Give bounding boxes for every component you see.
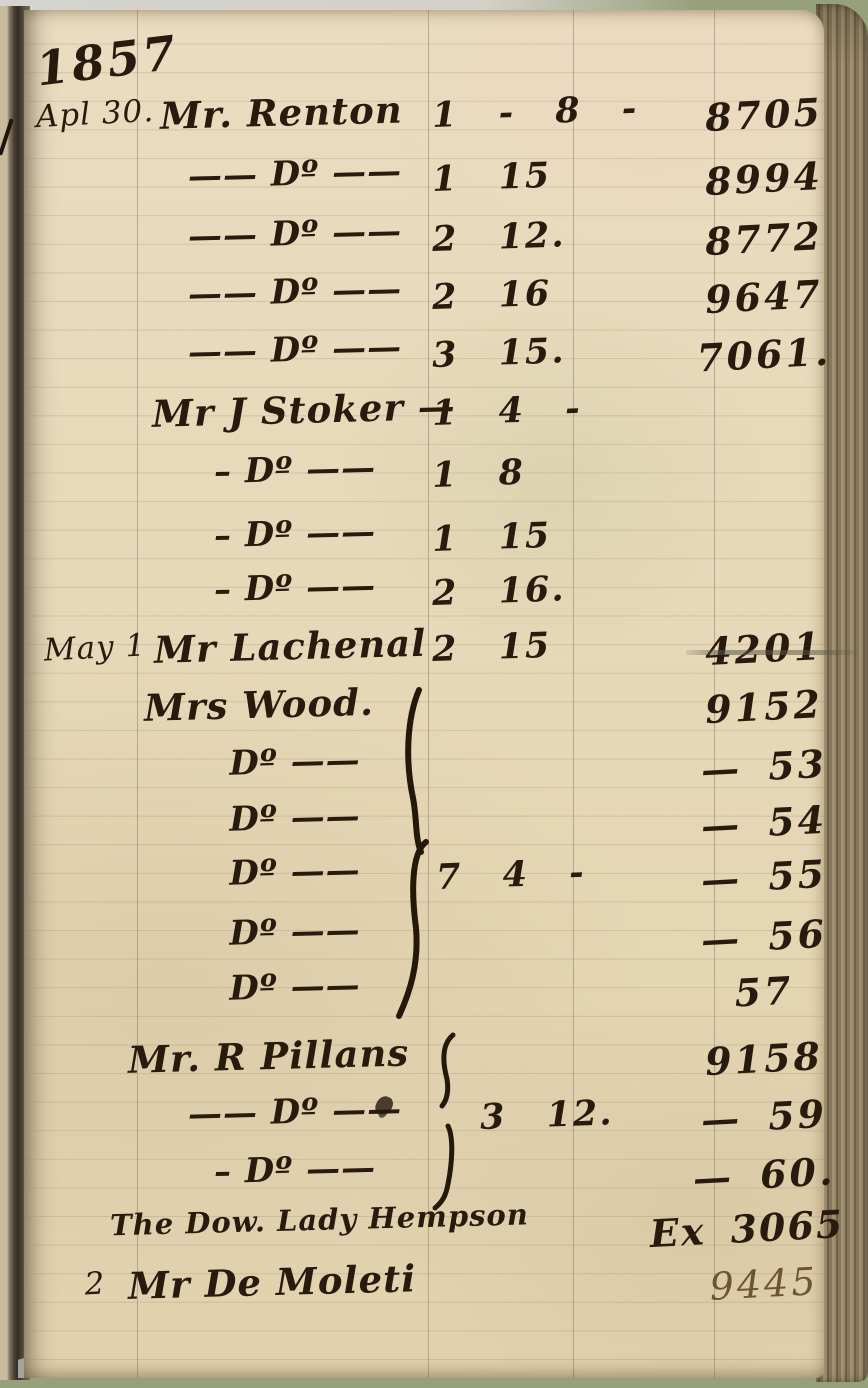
entry-amount: 3 15. — [431, 329, 602, 376]
ledger-row: —— Dº ——2 12.8772 — [24, 214, 824, 270]
entry-serial: — 59 — [683, 1090, 845, 1143]
entry-date — [24, 390, 166, 397]
entry-date — [24, 452, 166, 459]
entry-date: Apl 30. — [23, 92, 167, 135]
entry-amount: 2 12. — [431, 213, 602, 260]
ledger-row: – Dº ——2 16. — [24, 568, 824, 624]
entry-amount: 1 15 — [431, 513, 602, 560]
entry-amount — [432, 797, 602, 803]
wood-group-brace — [382, 686, 434, 1024]
entry-name: —— Dº —— — [160, 210, 431, 257]
entry-date — [24, 570, 166, 577]
entry-date — [24, 332, 166, 339]
entry-amount: 2 16. — [431, 567, 602, 614]
entry-name: Mr De Moleti — [127, 1256, 420, 1308]
pillans-group-brace — [422, 1032, 464, 1218]
ledger-row: – Dº ——1 15 — [24, 514, 824, 570]
ledger-row: —— Dº ——2 169647 — [24, 272, 824, 328]
entry-amount: 7 4 - — [435, 851, 606, 898]
ledger-scan: 1857 Apl 30.Mr. Renton1 - 8 -8705—— Dº —… — [0, 0, 868, 1388]
entry-serial: 9647 — [683, 270, 845, 323]
entry-name: —— Dº —— — [160, 1088, 431, 1135]
entry-name: Mr Lachenal — [153, 620, 446, 672]
entry-serial: 9152 — [683, 680, 845, 733]
entry-amount: 1 4 - — [431, 387, 602, 434]
entry-serial: 9158 — [683, 1032, 845, 1085]
entry-name: —— Dº —— — [160, 268, 431, 315]
entry-name: —— Dº —— — [160, 150, 431, 197]
entry-serial: — 56 — [683, 910, 845, 963]
entry-name: Mr. Renton — [159, 86, 452, 138]
entry-date: May 1 — [23, 626, 167, 669]
entry-amount: 3 12. — [479, 1091, 650, 1138]
entry-serial: — 53 — [683, 740, 845, 793]
ledger-row: —— Dº ——3 15.7061. — [24, 330, 824, 386]
entry-date — [24, 744, 166, 751]
ledger-row: Apl 30.Mr. Renton1 - 8 -8705 — [24, 90, 824, 146]
entry-amount — [432, 911, 602, 917]
entry-serial: 57 — [683, 965, 845, 1018]
entry-serial: 7061. — [683, 328, 845, 381]
ledger-row: – Dº ——1 8 — [24, 450, 824, 506]
entry-name: —— Dº —— — [160, 326, 431, 373]
ledger-row: 2Mr De Moleti9445 — [24, 1260, 824, 1316]
entry-amount: 1 15 — [431, 153, 602, 200]
ledger-row: Mr J Stoker —1 4 - — [24, 388, 824, 444]
entry-date — [24, 216, 166, 223]
entry-amount: 2 16 — [431, 271, 602, 318]
entry-serial — [684, 448, 844, 456]
entry-amount: 1 8 — [431, 449, 602, 496]
entry-amount — [432, 1259, 602, 1265]
entry-serial: 8705 — [683, 88, 845, 141]
entry-date — [24, 274, 166, 281]
entry-serial: 8994 — [683, 152, 845, 205]
entry-name: – Dº —— — [160, 1146, 431, 1193]
ink-smudge-line — [686, 650, 858, 655]
entry-amount: 1 - 8 - — [431, 89, 602, 136]
entry-name: Mr J Stoker — — [151, 384, 444, 436]
entry-serial: 4201 — [683, 622, 845, 675]
entry-serial — [684, 512, 844, 520]
entry-serial: 8772 — [683, 212, 845, 265]
entry-name: The Dow. Lady Hempson — [110, 1200, 441, 1243]
entry-serial: 9445 — [683, 1258, 845, 1310]
entry-date — [24, 156, 166, 163]
entry-name: – Dº —— — [160, 510, 431, 557]
entry-name: Mr. R Pillans — [127, 1030, 420, 1082]
entry-date — [24, 1152, 166, 1159]
entry-date — [24, 1094, 166, 1101]
ledger-page: 1857 Apl 30.Mr. Renton1 - 8 -8705—— Dº —… — [24, 10, 824, 1378]
entry-amount — [432, 681, 602, 687]
entry-date — [24, 969, 166, 976]
entry-serial — [684, 386, 844, 394]
entry-amount — [432, 966, 602, 972]
entry-name: – Dº —— — [160, 564, 431, 611]
entry-amount — [432, 741, 602, 747]
entry-serial: — 54 — [683, 796, 845, 849]
entry-date — [24, 854, 166, 861]
ledger-row: —— Dº ——1 158994 — [24, 154, 824, 210]
entry-date — [24, 516, 166, 523]
entry-serial — [684, 566, 844, 574]
entry-serial: Ex 3065 — [641, 1201, 853, 1257]
entry-serial: — 60. — [683, 1148, 845, 1201]
entry-name: – Dº —— — [160, 446, 431, 493]
entry-date — [24, 914, 166, 921]
entry-date — [24, 800, 166, 807]
entry-amount: 2 15 — [431, 623, 602, 670]
entry-serial: — 55 — [683, 850, 845, 903]
